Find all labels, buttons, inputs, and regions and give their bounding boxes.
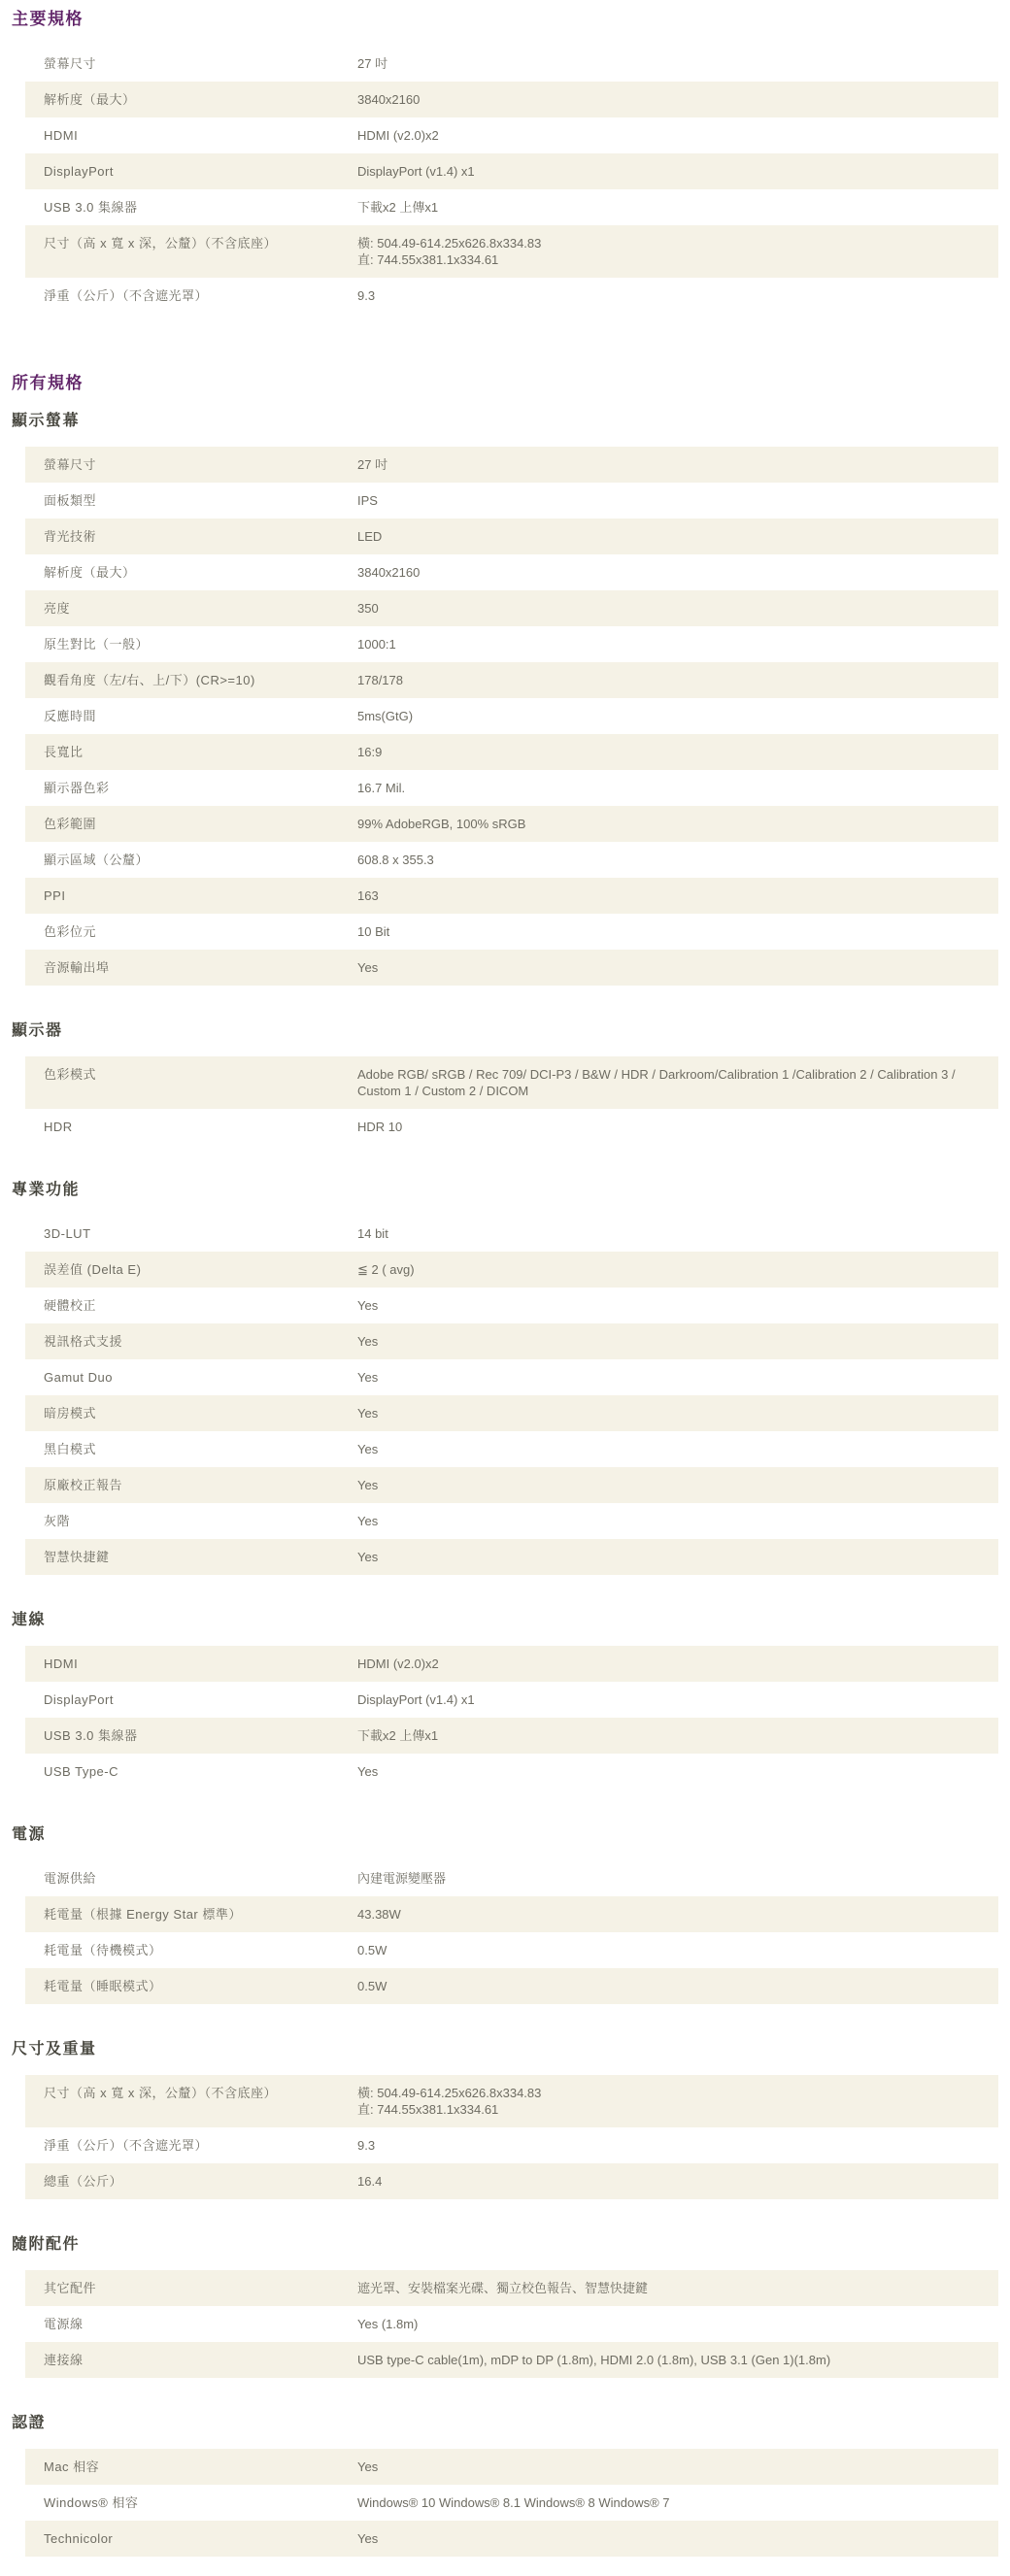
- spec-label: 顯示區域（公釐）: [25, 842, 357, 878]
- spec-row: 反應時間5ms(GtG): [25, 698, 998, 734]
- group-title-dimensions-weight: 尺寸及重量: [12, 2039, 998, 2060]
- spec-value: 9.3: [357, 278, 998, 314]
- spec-label: PPI: [25, 878, 357, 914]
- spec-value: USB type-C cable(1m), mDP to DP (1.8m), …: [357, 2342, 998, 2378]
- spec-row: 解析度（最大）3840x2160: [25, 82, 998, 117]
- group-title-accessories: 隨附配件: [12, 2234, 998, 2256]
- spec-table-power: 電源供給內建電源變壓器耗電量（根據 Energy Star 標準）43.38W耗…: [25, 1860, 998, 2004]
- spec-label: HDR: [25, 1109, 357, 1145]
- spec-label: 誤差值 (Delta E): [25, 1252, 357, 1288]
- spec-row: 其它配件遮光罩、安裝檔案光碟、獨立校色報告、智慧快捷鍵: [25, 2270, 998, 2306]
- spec-label: Technicolor: [25, 2521, 357, 2557]
- spec-value: 27 吋: [357, 447, 998, 483]
- spec-row: 耗電量（待機模式）0.5W: [25, 1932, 998, 1968]
- spec-row: 尺寸（高 x 寬 x 深，公釐）（不含底座）橫: 504.49-614.25x6…: [25, 2075, 998, 2127]
- spec-value: 10 Bit: [357, 914, 998, 950]
- spec-value: 16.7 Mil.: [357, 770, 998, 806]
- spec-label: 其它配件: [25, 2270, 357, 2306]
- spec-value: Yes: [357, 1395, 998, 1431]
- spec-label: 解析度（最大）: [25, 554, 357, 590]
- spec-value: HDR 10: [357, 1109, 998, 1145]
- spec-value: 9.3: [357, 2127, 998, 2163]
- spec-value: 27 吋: [357, 46, 998, 82]
- spec-label: 螢幕尺寸: [25, 447, 357, 483]
- spec-table-pro-features: 3D-LUT14 bit誤差值 (Delta E)≦ 2 ( avg)硬體校正Y…: [25, 1216, 998, 1575]
- spec-row: DisplayPortDisplayPort (v1.4) x1: [25, 1682, 998, 1718]
- spec-value: 608.8 x 355.3: [357, 842, 998, 878]
- spec-value: Yes: [357, 1359, 998, 1395]
- spec-value: 16:9: [357, 734, 998, 770]
- spec-value: Yes: [357, 1754, 998, 1790]
- spec-value: 3840x2160: [357, 82, 998, 117]
- spec-row: 暗房模式Yes: [25, 1395, 998, 1431]
- spec-value: Yes: [357, 1431, 998, 1467]
- spec-label: 螢幕尺寸: [25, 46, 357, 82]
- spec-row: 音源輸出埠Yes: [25, 950, 998, 986]
- spec-label: 視訊格式支援: [25, 1323, 357, 1359]
- spec-row: 色彩位元10 Bit: [25, 914, 998, 950]
- group-title-certifications: 認證: [12, 2413, 998, 2434]
- group-title-display: 顯示器: [12, 1020, 998, 1042]
- spec-value: HDMI (v2.0)x2: [357, 1646, 998, 1682]
- spec-row: 總重（公斤）16.4: [25, 2163, 998, 2199]
- spec-label: 面板類型: [25, 483, 357, 519]
- spec-label: 顯示器色彩: [25, 770, 357, 806]
- spec-row: 耗電量（根據 Energy Star 標準）43.38W: [25, 1896, 998, 1932]
- spec-label: 連接線: [25, 2342, 357, 2378]
- spec-value: IPS: [357, 483, 998, 519]
- spec-row: 耗電量（睡眠模式）0.5W: [25, 1968, 998, 2004]
- spec-row: 螢幕尺寸27 吋: [25, 46, 998, 82]
- spec-row: 顯示區域（公釐）608.8 x 355.3: [25, 842, 998, 878]
- spec-value: 下載x2 上傳x1: [357, 1718, 998, 1754]
- spec-value: HDMI (v2.0)x2: [357, 117, 998, 153]
- spec-row: USB 3.0 集線器下載x2 上傳x1: [25, 189, 998, 225]
- spec-row: TechnicolorYes: [25, 2521, 998, 2557]
- spec-value: 5ms(GtG): [357, 698, 998, 734]
- spec-value: Windows® 10 Windows® 8.1 Windows® 8 Wind…: [357, 2485, 998, 2521]
- spec-label: Gamut Duo: [25, 1359, 357, 1395]
- spec-value: 橫: 504.49-614.25x626.8x334.83直: 744.55x3…: [357, 2075, 998, 2127]
- spec-value: Yes: [357, 1503, 998, 1539]
- spec-row: 硬體校正Yes: [25, 1288, 998, 1323]
- spec-label: 硬體校正: [25, 1288, 357, 1323]
- spec-label: 色彩模式: [25, 1056, 357, 1109]
- spec-value: 163: [357, 878, 998, 914]
- spec-value-line: 直: 744.55x381.1x334.61: [357, 2101, 979, 2118]
- group-title-display-screen: 顯示螢幕: [12, 411, 998, 432]
- spec-row: HDRHDR 10: [25, 1109, 998, 1145]
- spec-label: 音源輸出埠: [25, 950, 357, 986]
- spec-row: 視訊格式支援Yes: [25, 1323, 998, 1359]
- spec-label: 色彩範圍: [25, 806, 357, 842]
- spec-label: 亮度: [25, 590, 357, 626]
- spec-value: ≦ 2 ( avg): [357, 1252, 998, 1288]
- spec-label: USB 3.0 集線器: [25, 189, 357, 225]
- spec-value: Yes: [357, 1539, 998, 1575]
- spec-label: USB 3.0 集線器: [25, 1718, 357, 1754]
- spec-row: 解析度（最大）3840x2160: [25, 554, 998, 590]
- spec-value: 下載x2 上傳x1: [357, 189, 998, 225]
- spec-row: 觀看角度（左/右、上/下）(CR>=10)178/178: [25, 662, 998, 698]
- spec-row: Mac 相容Yes: [25, 2449, 998, 2485]
- group-title-power: 電源: [12, 1824, 998, 1846]
- spec-label: 背光技術: [25, 519, 357, 554]
- spec-label: 耗電量（待機模式）: [25, 1932, 357, 1968]
- spec-row: PPI163: [25, 878, 998, 914]
- spec-value: Yes: [357, 2449, 998, 2485]
- spec-row: Gamut DuoYes: [25, 1359, 998, 1395]
- spec-row: 連接線USB type-C cable(1m), mDP to DP (1.8m…: [25, 2342, 998, 2378]
- spec-row: HDMIHDMI (v2.0)x2: [25, 117, 998, 153]
- spec-row: 色彩範圍99% AdobeRGB, 100% sRGB: [25, 806, 998, 842]
- spec-table-connectivity: HDMIHDMI (v2.0)x2DisplayPortDisplayPort …: [25, 1646, 998, 1790]
- spec-value: Yes: [357, 950, 998, 986]
- spec-row: 面板類型IPS: [25, 483, 998, 519]
- spec-row: 淨重（公斤）（不含遮光罩）9.3: [25, 2127, 998, 2163]
- spec-value: 1000:1: [357, 626, 998, 662]
- spec-value: 內建電源變壓器: [357, 1860, 998, 1896]
- spec-value: Yes: [357, 2521, 998, 2557]
- spec-label: 總重（公斤）: [25, 2163, 357, 2199]
- spec-value-line: 直: 744.55x381.1x334.61: [357, 251, 979, 268]
- spec-row: 淨重（公斤）（不含遮光罩）9.3: [25, 278, 998, 314]
- spec-row: 原廠校正報告Yes: [25, 1467, 998, 1503]
- spec-value: Yes: [357, 1288, 998, 1323]
- spec-row: 智慧快捷鍵Yes: [25, 1539, 998, 1575]
- spec-value: Yes: [357, 1467, 998, 1503]
- spec-value: Adobe RGB/ sRGB / Rec 709/ DCI-P3 / B&W …: [357, 1056, 998, 1109]
- spec-row: 色彩模式Adobe RGB/ sRGB / Rec 709/ DCI-P3 / …: [25, 1056, 998, 1109]
- spec-table-dimensions-weight: 尺寸（高 x 寬 x 深，公釐）（不含底座）橫: 504.49-614.25x6…: [25, 2075, 998, 2199]
- spec-page: 主要規格螢幕尺寸27 吋解析度（最大）3840x2160HDMIHDMI (v2…: [0, 0, 1010, 2576]
- spec-label: 暗房模式: [25, 1395, 357, 1431]
- spec-value: 350: [357, 590, 998, 626]
- spec-value: 0.5W: [357, 1932, 998, 1968]
- spec-value: Yes (1.8m): [357, 2306, 998, 2342]
- spec-value: 橫: 504.49-614.25x626.8x334.83直: 744.55x3…: [357, 225, 998, 278]
- spec-row: HDMIHDMI (v2.0)x2: [25, 1646, 998, 1682]
- spec-value: 14 bit: [357, 1216, 998, 1252]
- spec-value: 3840x2160: [357, 554, 998, 590]
- spec-label: 解析度（最大）: [25, 82, 357, 117]
- spec-value: 0.5W: [357, 1968, 998, 2004]
- spec-value: 16.4: [357, 2163, 998, 2199]
- spec-row: 顯示器色彩16.7 Mil.: [25, 770, 998, 806]
- spec-row: Windows® 相容Windows® 10 Windows® 8.1 Wind…: [25, 2485, 998, 2521]
- spec-label: 電源供給: [25, 1860, 357, 1896]
- spec-value: 99% AdobeRGB, 100% sRGB: [357, 806, 998, 842]
- spec-value-line: 橫: 504.49-614.25x626.8x334.83: [357, 2085, 979, 2101]
- section-title-main-specs: 主要規格: [12, 8, 998, 31]
- spec-label: 電源線: [25, 2306, 357, 2342]
- spec-table-certifications: Mac 相容YesWindows® 相容Windows® 10 Windows®…: [25, 2449, 998, 2557]
- spec-row: 黑白模式Yes: [25, 1431, 998, 1467]
- spec-table-accessories: 其它配件遮光罩、安裝檔案光碟、獨立校色報告、智慧快捷鍵電源線Yes (1.8m)…: [25, 2270, 998, 2378]
- spec-label: DisplayPort: [25, 1682, 357, 1718]
- spec-row: 長寬比16:9: [25, 734, 998, 770]
- spec-value: 178/178: [357, 662, 998, 698]
- spec-value-line: 橫: 504.49-614.25x626.8x334.83: [357, 235, 979, 251]
- spec-label: 觀看角度（左/右、上/下）(CR>=10): [25, 662, 357, 698]
- spec-value: 43.38W: [357, 1896, 998, 1932]
- spec-label: 黑白模式: [25, 1431, 357, 1467]
- spec-label: 原生對比（一般）: [25, 626, 357, 662]
- spec-value: 遮光罩、安裝檔案光碟、獨立校色報告、智慧快捷鍵: [357, 2270, 998, 2306]
- spec-label: 長寬比: [25, 734, 357, 770]
- spec-label: 灰階: [25, 1503, 357, 1539]
- spec-value: DisplayPort (v1.4) x1: [357, 1682, 998, 1718]
- spec-row: 背光技術LED: [25, 519, 998, 554]
- spec-label: 淨重（公斤）（不含遮光罩）: [25, 278, 357, 314]
- spec-label: HDMI: [25, 1646, 357, 1682]
- spec-label: 智慧快捷鍵: [25, 1539, 357, 1575]
- spec-value: DisplayPort (v1.4) x1: [357, 153, 998, 189]
- spec-label: 原廠校正報告: [25, 1467, 357, 1503]
- section-title-all-specs: 所有規格: [12, 372, 998, 395]
- spec-table-main-specs: 螢幕尺寸27 吋解析度（最大）3840x2160HDMIHDMI (v2.0)x…: [25, 46, 998, 314]
- spec-label: 3D-LUT: [25, 1216, 357, 1252]
- spec-label: 色彩位元: [25, 914, 357, 950]
- spec-row: 灰階Yes: [25, 1503, 998, 1539]
- spec-row: 螢幕尺寸27 吋: [25, 447, 998, 483]
- spec-row: 誤差值 (Delta E)≦ 2 ( avg): [25, 1252, 998, 1288]
- spec-label: 淨重（公斤）（不含遮光罩）: [25, 2127, 357, 2163]
- spec-row: 原生對比（一般）1000:1: [25, 626, 998, 662]
- spec-label: 耗電量（睡眠模式）: [25, 1968, 357, 2004]
- spec-label: 耗電量（根據 Energy Star 標準）: [25, 1896, 357, 1932]
- spec-row: USB 3.0 集線器下載x2 上傳x1: [25, 1718, 998, 1754]
- spec-table-display: 色彩模式Adobe RGB/ sRGB / Rec 709/ DCI-P3 / …: [25, 1056, 998, 1145]
- spec-label: USB Type-C: [25, 1754, 357, 1790]
- spec-value: Yes: [357, 1323, 998, 1359]
- spec-label: Mac 相容: [25, 2449, 357, 2485]
- spec-label: Windows® 相容: [25, 2485, 357, 2521]
- spec-row: USB Type-CYes: [25, 1754, 998, 1790]
- spec-label: 反應時間: [25, 698, 357, 734]
- spec-value: LED: [357, 519, 998, 554]
- spec-label: DisplayPort: [25, 153, 357, 189]
- spec-label: 尺寸（高 x 寬 x 深，公釐）（不含底座）: [25, 225, 357, 278]
- spec-row: 電源供給內建電源變壓器: [25, 1860, 998, 1896]
- group-title-connectivity: 連線: [12, 1610, 998, 1631]
- spec-row: 亮度350: [25, 590, 998, 626]
- spec-table-display-screen: 螢幕尺寸27 吋面板類型IPS背光技術LED解析度（最大）3840x2160亮度…: [25, 447, 998, 986]
- spec-label: HDMI: [25, 117, 357, 153]
- group-title-pro-features: 專業功能: [12, 1180, 998, 1201]
- spec-label: 尺寸（高 x 寬 x 深，公釐）（不含底座）: [25, 2075, 357, 2127]
- spec-row: 尺寸（高 x 寬 x 深，公釐）（不含底座）橫: 504.49-614.25x6…: [25, 225, 998, 278]
- spec-row: 電源線Yes (1.8m): [25, 2306, 998, 2342]
- spec-row: DisplayPortDisplayPort (v1.4) x1: [25, 153, 998, 189]
- spec-row: 3D-LUT14 bit: [25, 1216, 998, 1252]
